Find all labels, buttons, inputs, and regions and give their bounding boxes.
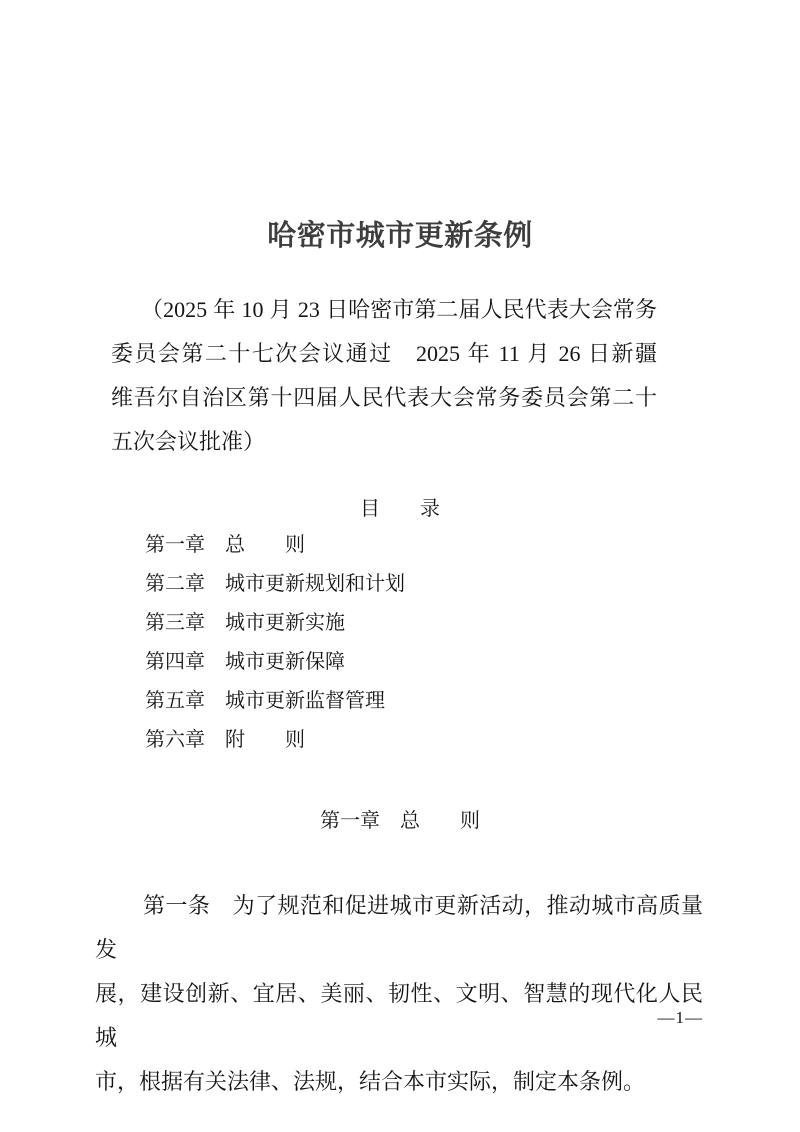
adoption-note-line-4: 五次会议批准） (111, 420, 657, 464)
toc-list: 第一章 总 则 第二章 城市更新规划和计划 第三章 城市更新实施 第四章 城市更… (145, 526, 405, 760)
adoption-note-line-2: 委员会第二十七次会议通过 2025 年 11 月 26 日新疆 (111, 332, 657, 376)
toc-item-chapter-2: 第二章 城市更新规划和计划 (145, 565, 405, 604)
article-1-line-2: 展，建设创新、宜居、美丽、韧性、文明、智慧的现代化人民城 (95, 972, 703, 1060)
chapter-1-heading: 第一章 总 则 (0, 806, 800, 836)
article-1-paragraph: 第一条 为了规范和促进城市更新活动，推动城市高质量发 展，建设创新、宜居、美丽、… (95, 884, 703, 1104)
toc-item-chapter-3: 第三章 城市更新实施 (145, 604, 405, 643)
document-title: 哈密市城市更新条例 (0, 217, 800, 255)
adoption-note-line-1: （2025 年 10 月 23 日哈密市第二届人民代表大会常务 (111, 288, 657, 332)
article-1-line-1: 第一条 为了规范和促进城市更新活动，推动城市高质量发 (95, 884, 703, 972)
toc-item-chapter-6: 第六章 附 则 (145, 721, 405, 760)
adoption-note: （2025 年 10 月 23 日哈密市第二届人民代表大会常务 委员会第二十七次… (111, 288, 657, 464)
toc-item-chapter-5: 第五章 城市更新监督管理 (145, 682, 405, 721)
toc-item-chapter-4: 第四章 城市更新保障 (145, 643, 405, 682)
page-number: —1— (658, 1006, 704, 1030)
document-page: 哈密市城市更新条例 （2025 年 10 月 23 日哈密市第二届人民代表大会常… (0, 0, 800, 1132)
toc-item-chapter-1: 第一章 总 则 (145, 526, 405, 565)
adoption-note-line-3: 维吾尔自治区第十四届人民代表大会常务委员会第二十 (111, 376, 657, 420)
toc-heading: 目 录 (0, 494, 800, 524)
article-1-line-3: 市，根据有关法律、法规，结合本市实际，制定本条例。 (95, 1060, 703, 1104)
